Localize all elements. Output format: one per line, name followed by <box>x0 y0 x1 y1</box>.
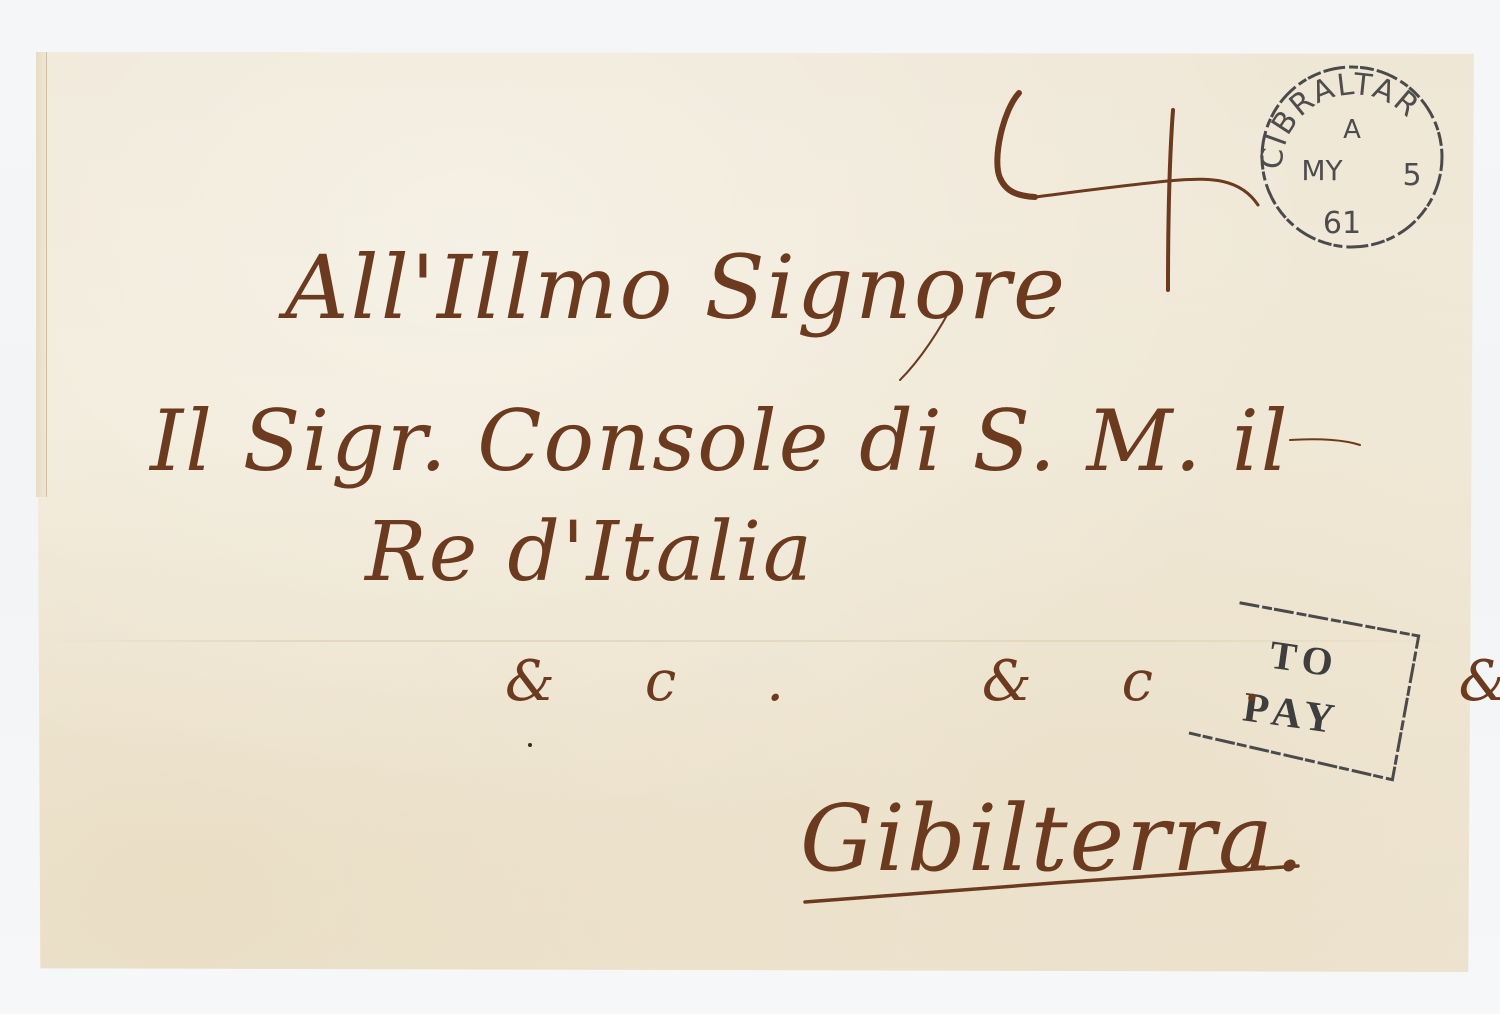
handwritten-address: All'Illmo Signore Il Sigr. Console di S.… <box>148 236 1500 902</box>
rate-mark-value: 4 <box>0 0 10 4</box>
datestamp-year: 61 <box>1323 206 1361 241</box>
datestamp-day: 5 <box>1402 158 1421 193</box>
address-line-1: All'Illmo Signore <box>278 236 1067 339</box>
address-line-2: Il Sigr. Console di S. M. il <box>148 392 1290 490</box>
markings-layer: 4 CIBRALTAR A MY 5 61 TO PAY All'Illmo S… <box>0 0 1500 1014</box>
address-line-3: Re d'Italia <box>363 505 814 600</box>
address-line-4: &c. &c. &c. <box>505 649 1500 714</box>
address-line-5: Gibilterra. <box>800 785 1306 892</box>
cibraltar-datestamp: CIBRALTAR A MY 5 61 <box>1254 67 1442 247</box>
scan-scene: 4 CIBRALTAR A MY 5 61 TO PAY All'Illmo S… <box>0 0 1500 1014</box>
ink-dot <box>528 743 532 747</box>
datestamp-code: A <box>1343 115 1361 145</box>
datestamp-month: MY <box>1301 154 1343 187</box>
